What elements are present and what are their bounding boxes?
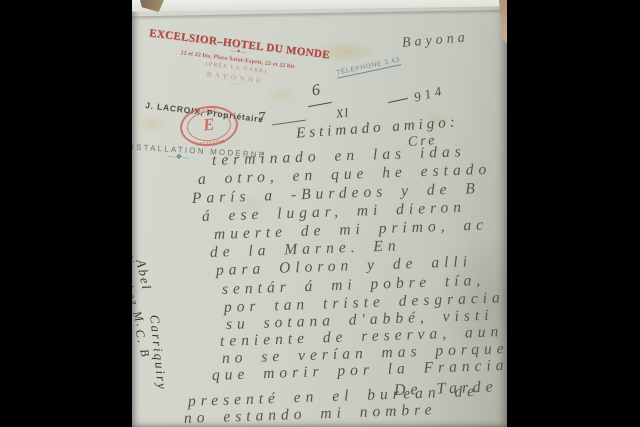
- background-wedge-right: [497, 0, 507, 44]
- handwritten-date-month: XI: [335, 105, 350, 122]
- date-dash-stroke: [388, 98, 408, 103]
- handwritten-city: Bayona: [401, 30, 469, 52]
- date-fraction-stroke: [308, 102, 332, 107]
- telephone-stamp: TÉLÉPHONE 3.43: [336, 56, 401, 78]
- paper-crease: [132, 10, 507, 21]
- teal-ornament: —✥—: [168, 152, 191, 162]
- letter-photo: EXCELSIOR–HOTEL DU MONDE —✦— 22 et 22 bi…: [132, 0, 507, 427]
- margin-note: eo: [132, 368, 137, 399]
- photo-canvas: EXCELSIOR–HOTEL DU MONDE —✦— 22 et 22 bi…: [0, 0, 640, 427]
- handwritten-date-prefix: 7: [257, 110, 266, 128]
- letterhead: EXCELSIOR–HOTEL DU MONDE —✦— 22 et 22 bi…: [134, 26, 340, 99]
- handwritten-date-year: 914: [413, 82, 447, 105]
- hotel-oval-stamp: HOTEL E EXCELSIOR: [178, 103, 240, 149]
